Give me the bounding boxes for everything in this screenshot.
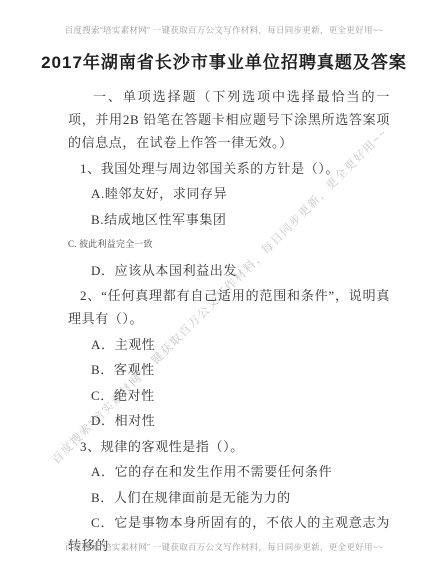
option-item: B．人们在规律面前是无能为力的 bbox=[68, 486, 390, 509]
question-stem: 3、规律的客观性是指（）。 bbox=[68, 435, 390, 458]
option-item: B．客观性 bbox=[68, 358, 390, 381]
document-page: 百度搜索“培实素材网”一键获取百万公文写作材料，每日同步更新，更全更好用~~ 百… bbox=[0, 0, 448, 580]
document-title: 2017年湖南省长沙市事业单位招聘真题及答案 bbox=[0, 51, 448, 75]
exam-body: 一、单项选择题（下列选项中选择最恰当的一项，并用2B 铅笔在答题卡相应题号下涂黑… bbox=[68, 85, 390, 560]
option-item: C．绝对性 bbox=[68, 384, 390, 407]
section-intro: 一、单项选择题（下列选项中选择最恰当的一项，并用2B 铅笔在答题卡相应题号下涂黑… bbox=[68, 85, 390, 154]
question-stem: 2、“任何真理都有自己适用的范围和条件”，说明真理具有（）。 bbox=[68, 284, 390, 330]
question-stem: 1、我国处理与周边邻国关系的方针是（）。 bbox=[68, 157, 390, 180]
promo-header-text: 百度搜索“培实素材网” 一键获取百万公文写作材料，每日同步更新，更全更好用~~ bbox=[0, 24, 448, 36]
option-item: A．它的存在和发生作用不需要任何条件 bbox=[68, 460, 390, 483]
option-item: A.睦邻友好，求同存异 bbox=[68, 182, 390, 205]
option-item: B.结成地区性军事集团 bbox=[68, 208, 390, 231]
option-item: D．应该从本国利益出发 bbox=[68, 259, 390, 282]
option-item: C. 彼此利益完全一致 bbox=[68, 233, 390, 256]
option-item: A．主观性 bbox=[68, 333, 390, 356]
promo-footer-text: 百度搜索“培实素材网” 一键获取百万公文写作材料，每日同步更新，更全更好用~~ bbox=[0, 541, 448, 553]
option-item: D．相对性 bbox=[68, 409, 390, 432]
